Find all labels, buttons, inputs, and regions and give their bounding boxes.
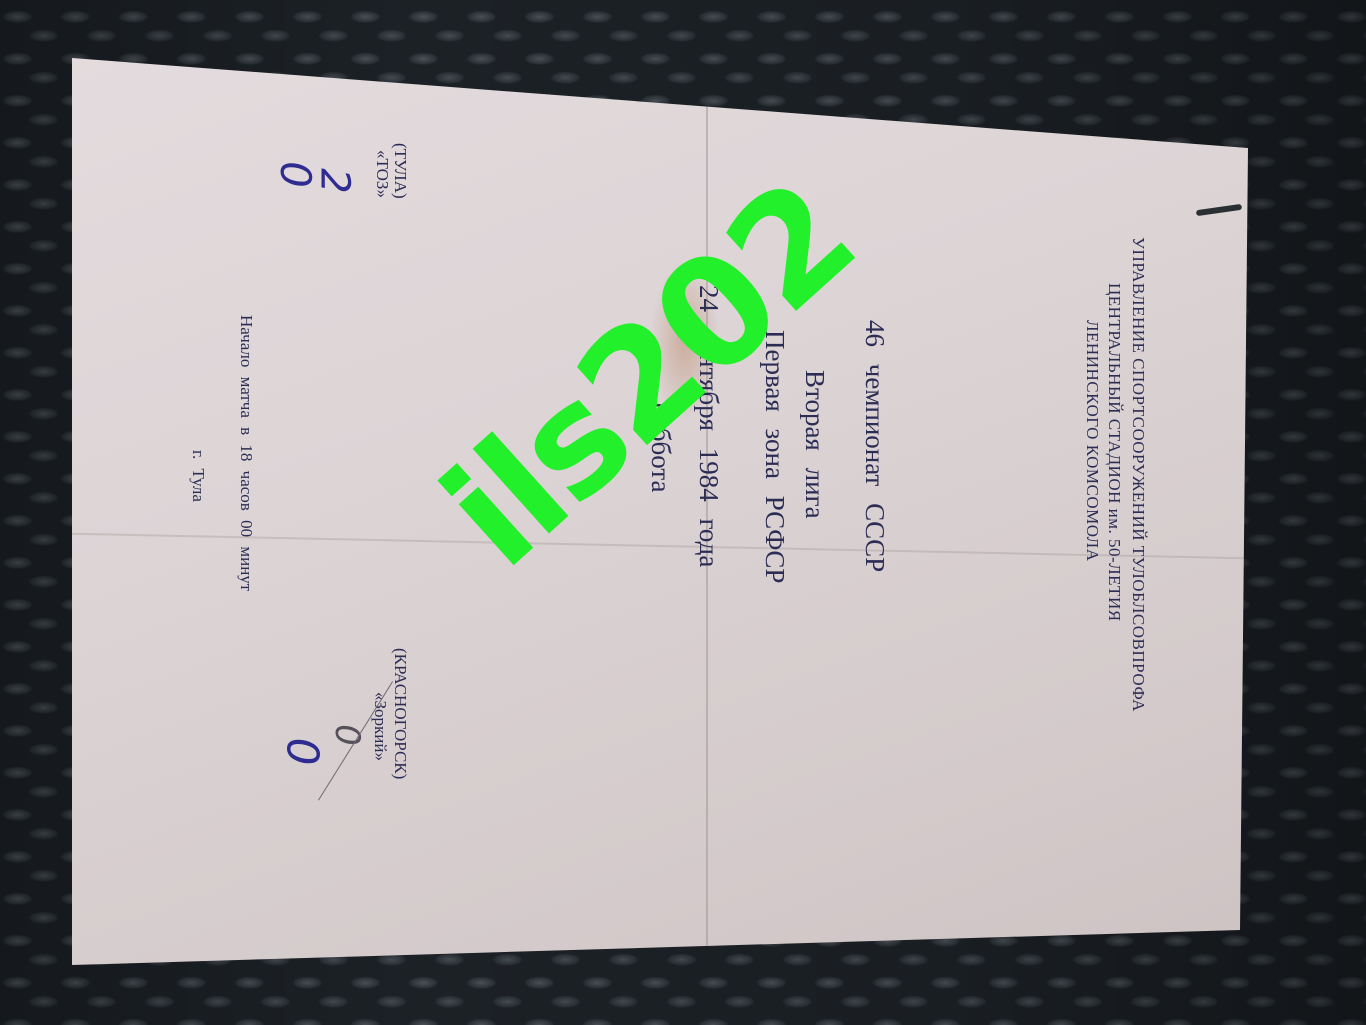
paper-tear <box>1196 204 1242 216</box>
header-line-2: ЦЕНТРАЛЬНЫЙ СТАДИОН им. 50-ЛЕТИЯ <box>1104 283 1124 622</box>
kickoff-time: Начало матча в 18 часов 00 минут <box>236 315 256 591</box>
home-team-name: «ТОЗ» <box>372 150 392 198</box>
header-line-1: УПРАВЛЕНИЕ СПОРТСООРУЖЕНИЙ ТУЛОБЛСОВПРОФ… <box>1128 237 1148 712</box>
pencil-away-score: 0 <box>327 724 367 746</box>
city-line: г. Тула <box>188 450 208 502</box>
handwritten-home-halftime: 0 <box>271 161 320 188</box>
away-team-city: (КРАСНОГОРСК) <box>390 648 410 779</box>
championship-title: 46 чемпионат СССР <box>859 320 890 572</box>
header-line-3: ЛЕНИНСКОГО КОМСОМОЛА <box>1082 320 1102 561</box>
handwritten-away-score: 0 <box>277 738 328 766</box>
program-sheet: УПРАВЛЕНИЕ СПОРТСООРУЖЕНИЙ ТУЛОБЛСОВПРОФ… <box>0 0 1366 1025</box>
home-team-city: (ТУЛА) <box>390 143 410 199</box>
league-title: Вторая лига <box>799 370 830 519</box>
